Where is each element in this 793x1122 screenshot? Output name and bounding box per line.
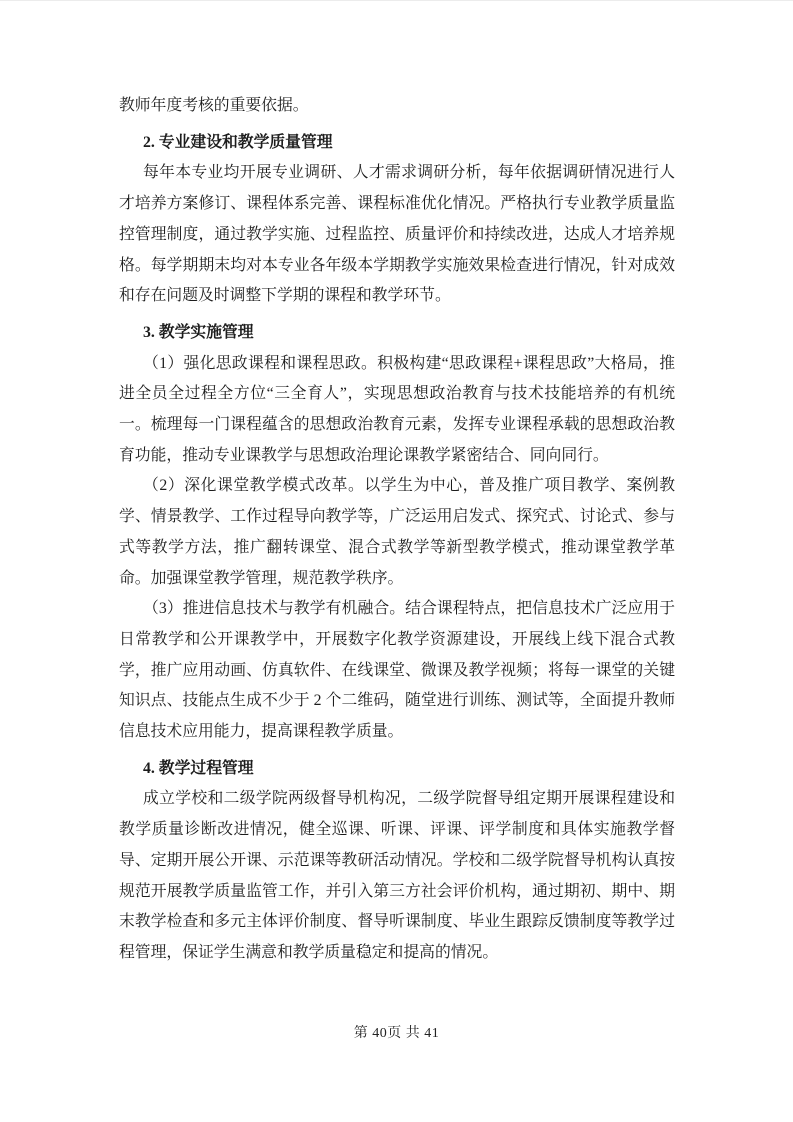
document-page: 教师年度考核的重要依据。 2. 专业建设和教学质量管理 每年本专业均开展专业调研… [0, 0, 793, 1122]
paragraph-item-3-information-technology: （3）推进信息技术与教学有机融合。结合课程特点，把信息技术广泛应用于日常教学和公… [119, 594, 675, 748]
paragraph-continuation: 教师年度考核的重要依据。 [119, 91, 675, 122]
paragraph-item-1-ideological-politics: （1）强化思政课程和课程思政。积极构建“思政课程+课程思政”大格局，推进全员全过… [119, 349, 675, 472]
section-heading-4-teaching-process: 4. 教学过程管理 [119, 754, 675, 785]
paragraph-professional-construction: 每年本专业均开展专业调研、人才需求调研分析，每年依据调研情况进行人才培养方案修订… [119, 158, 675, 312]
page-number-label: 第 40页 共 41 [354, 1026, 440, 1041]
document-content: 教师年度考核的重要依据。 2. 专业建设和教学质量管理 每年本专业均开展专业调研… [119, 91, 675, 969]
section-heading-2-professional-construction: 2. 专业建设和教学质量管理 [119, 128, 675, 159]
paragraph-teaching-process-management: 成立学校和二级学院两级督导机构况，二级学院督导组定期开展课程建设和教学质量诊断改… [119, 784, 675, 968]
section-heading-3-teaching-implementation: 3. 教学实施管理 [119, 318, 675, 349]
paragraph-item-2-classroom-reform: （2）深化课堂教学模式改革。以学生为中心，普及推广项目教学、案例教学、情景教学、… [119, 471, 675, 594]
page-footer: 第 40页 共 41 [0, 1024, 793, 1044]
